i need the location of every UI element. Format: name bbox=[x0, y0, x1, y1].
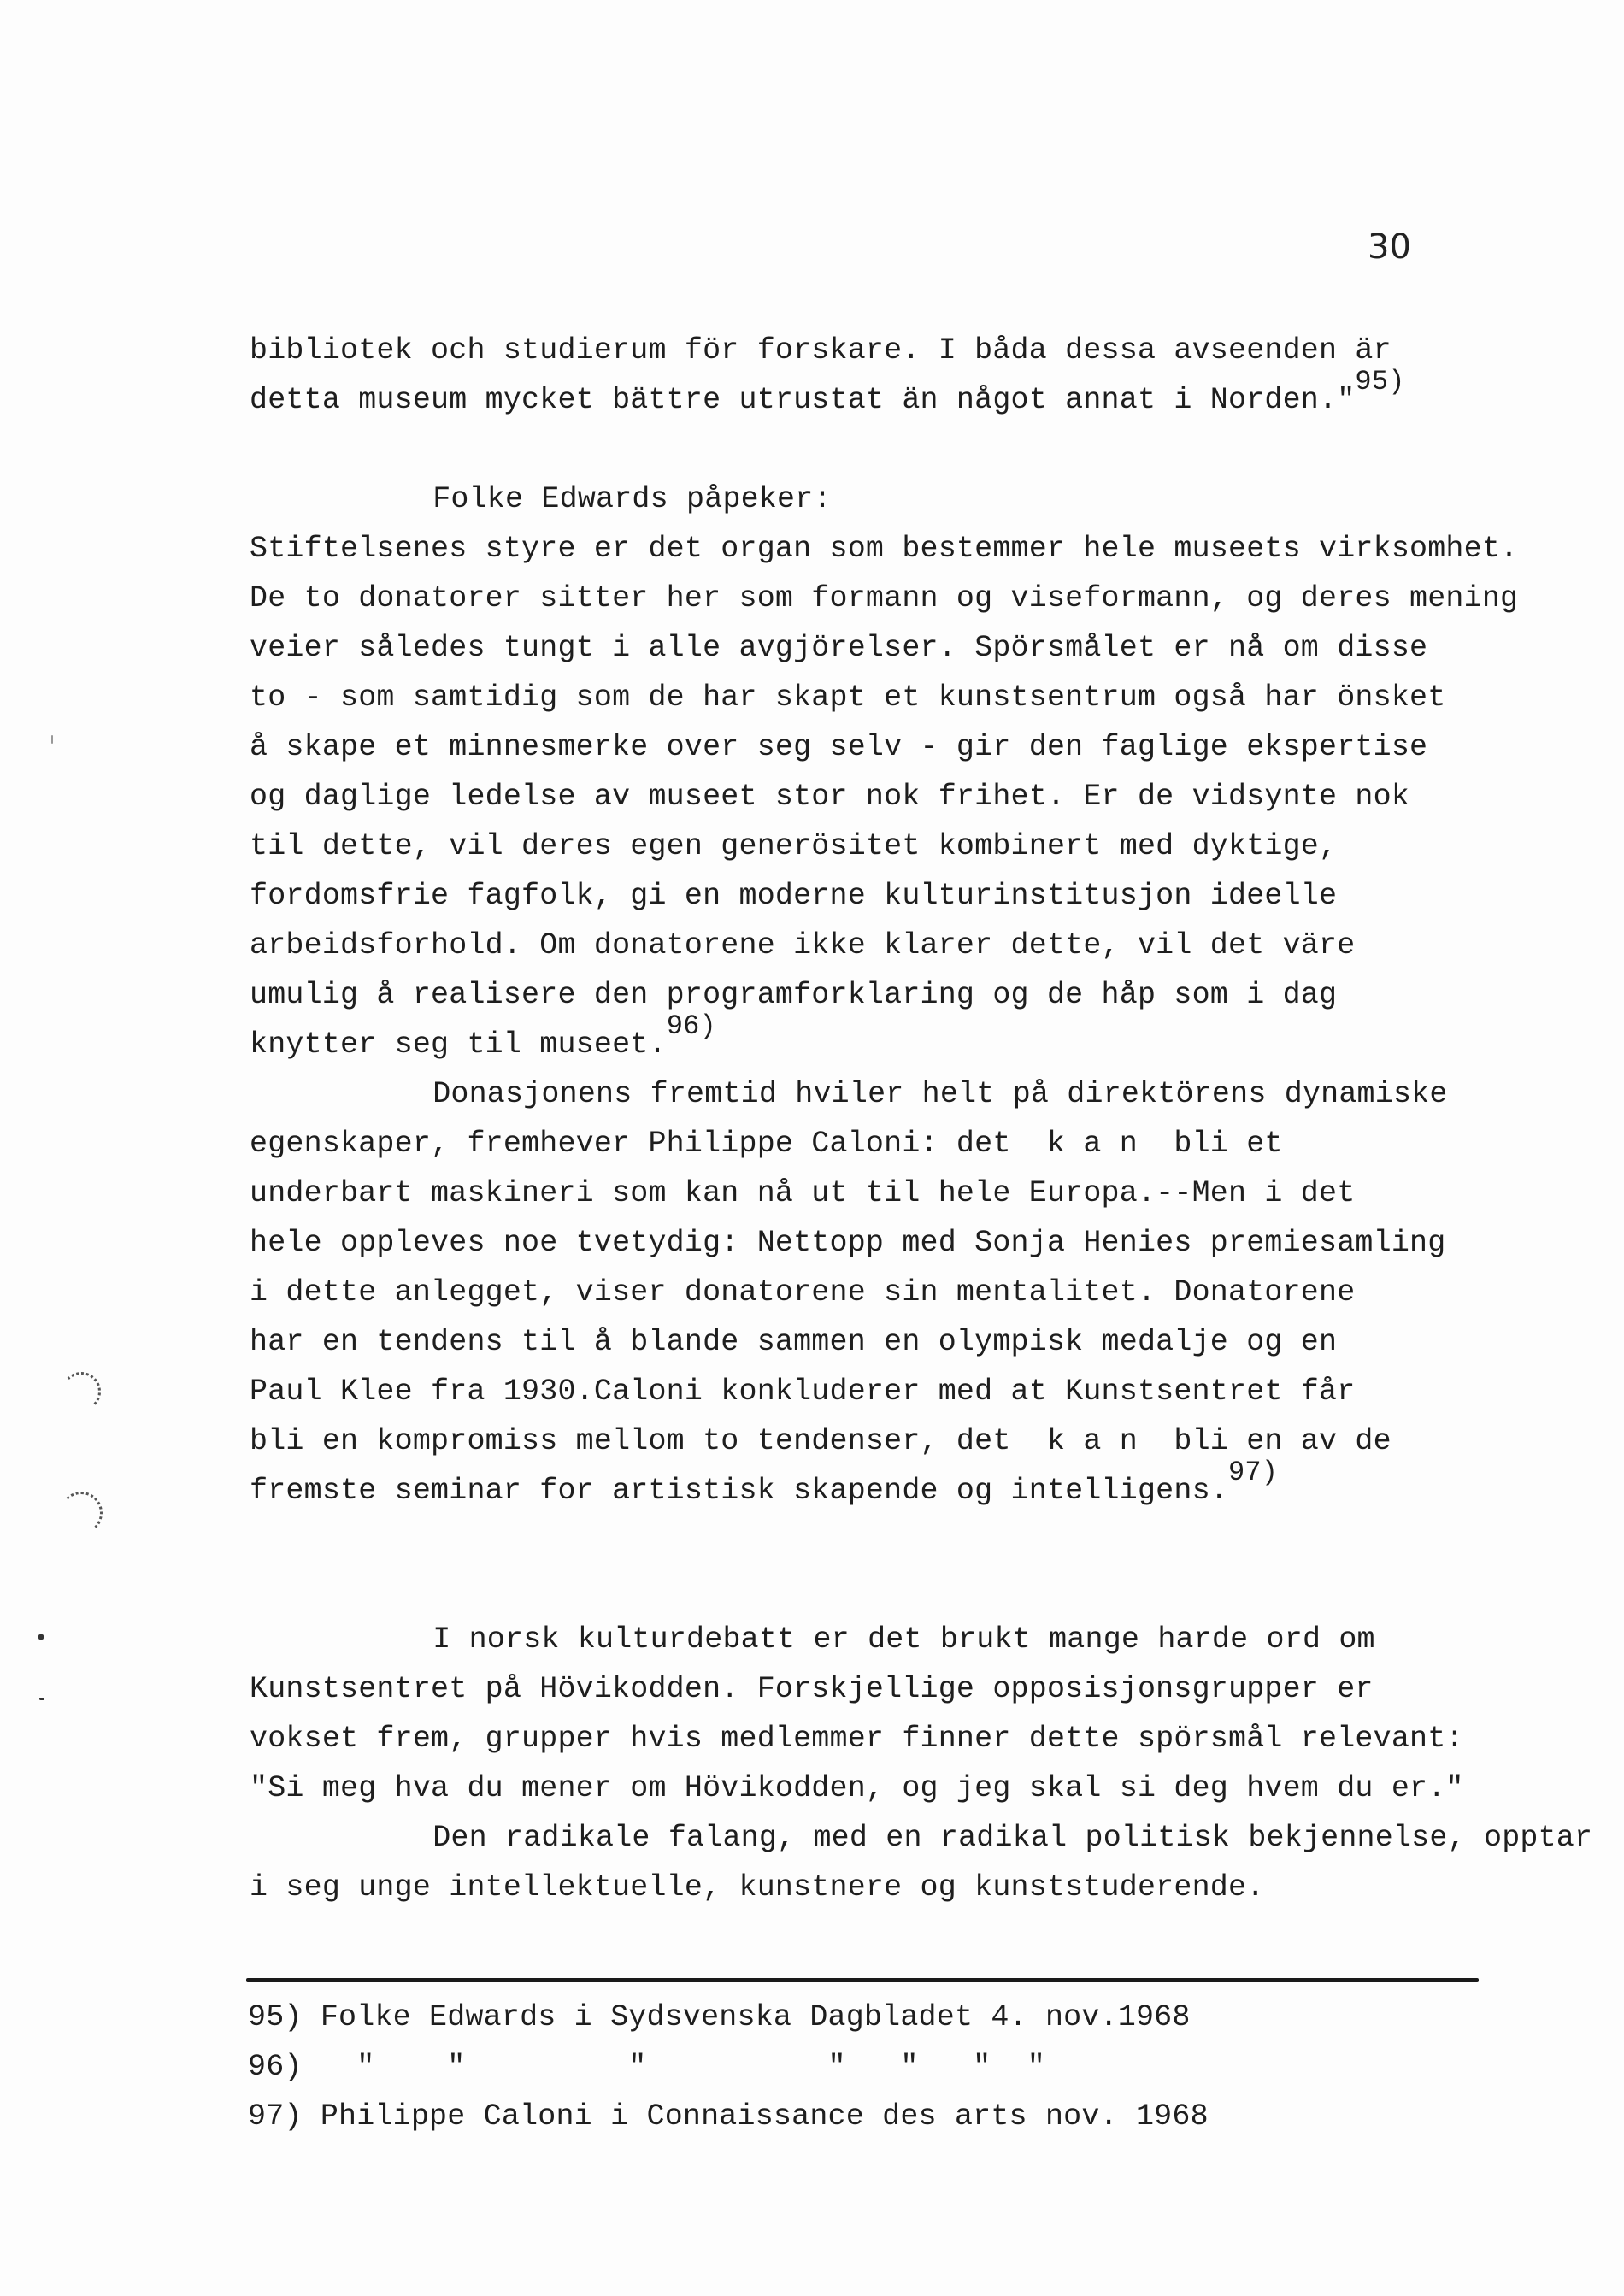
scan-speck bbox=[39, 1698, 44, 1700]
text-line: Folke Edwards påpeker: bbox=[432, 480, 831, 518]
text-line: arbeidsforhold. Om donatorene ikke klare… bbox=[250, 927, 1355, 964]
text-line: umulig å realisere den programforklaring… bbox=[250, 976, 1337, 1014]
text-line: vokset frem, grupper hvis medlemmer finn… bbox=[250, 1720, 1464, 1757]
text-line: til dette, vil deres egen generösitet ko… bbox=[250, 827, 1337, 865]
footnote-reference: 96) bbox=[667, 1010, 716, 1042]
footnote-text: Folke Edwards i Sydsvenska Dagbladet 4. … bbox=[321, 2000, 1191, 2034]
footnote-entry: 95) Folke Edwards i Sydsvenska Dagbladet… bbox=[248, 1999, 1191, 2036]
text-line: i dette anlegget, viser donatorene sin m… bbox=[250, 1274, 1355, 1311]
footnote-text: " " " " " " " bbox=[321, 2050, 1045, 2084]
page-number: 30 bbox=[1368, 227, 1411, 267]
text-line: to - som samtidig som de har skapt et ku… bbox=[250, 679, 1445, 716]
footnote-number: 96) bbox=[248, 2050, 321, 2084]
text-line: knytter seg til museet.96) bbox=[250, 1026, 716, 1063]
footnote-number: 97) bbox=[248, 2099, 321, 2134]
footnote-text: Philippe Caloni i Connaissance des arts … bbox=[321, 2099, 1209, 2134]
footnote-separator-rule bbox=[246, 1978, 1479, 1982]
scan-speck bbox=[51, 735, 53, 744]
text-line: I norsk kulturdebatt er det brukt mange … bbox=[432, 1621, 1375, 1658]
text-line: egenskaper, fremhever Philippe Caloni: d… bbox=[250, 1125, 1283, 1163]
text-line: "Si meg hva du mener om Hövikodden, og j… bbox=[250, 1769, 1464, 1807]
text-line: Den radikale falang, med en radikal poli… bbox=[432, 1819, 1592, 1857]
text-line: Kunstsentret på Hövikodden. Forskjellige… bbox=[250, 1670, 1374, 1708]
footnote-reference: 95) bbox=[1355, 366, 1404, 397]
text-line: har en tendens til å blande sammen en ol… bbox=[250, 1323, 1337, 1361]
punch-hole-mark bbox=[60, 1492, 103, 1534]
text-line: Paul Klee fra 1930.Caloni konkluderer me… bbox=[250, 1373, 1355, 1410]
text-line: bibliotek och studierum för forskare. I … bbox=[250, 332, 1392, 369]
footnote-entry: 97) Philippe Caloni i Connaissance des a… bbox=[248, 2098, 1209, 2135]
text-line: underbart maskineri som kan nå ut til he… bbox=[250, 1174, 1355, 1212]
footnote-reference: 97) bbox=[1228, 1457, 1278, 1488]
text-line: detta museum mycket bättre utrustat än n… bbox=[250, 381, 1405, 419]
scan-speck bbox=[38, 1634, 44, 1640]
document-page: 30 bibliotek och studierum för forskare.… bbox=[0, 0, 1624, 2296]
text-line: Donasjonens fremtid hviler helt på direk… bbox=[432, 1075, 1447, 1113]
text-line: å skape et minnesmerke over seg selv - g… bbox=[250, 728, 1427, 766]
text-line: i seg unge intellektuelle, kunstnere og … bbox=[250, 1869, 1264, 1906]
text-line: veier således tungt i alle avgjörelser. … bbox=[250, 629, 1427, 667]
footnote-entry: 96) " " " " " " " bbox=[248, 2048, 1045, 2086]
text-line: bli en kompromiss mellom to tendenser, d… bbox=[250, 1422, 1392, 1460]
text-line: fremste seminar for artistisk skapende o… bbox=[250, 1472, 1278, 1510]
text-line: Stiftelsenes styre er det organ som best… bbox=[250, 530, 1518, 568]
footnote-number: 95) bbox=[248, 2000, 321, 2034]
punch-hole-mark bbox=[62, 1372, 101, 1411]
text-line: fordomsfrie fagfolk, gi en moderne kultu… bbox=[250, 877, 1337, 915]
text-line: hele oppleves noe tvetydig: Nettopp med … bbox=[250, 1224, 1445, 1262]
text-line: De to donatorer sitter her som formann o… bbox=[250, 580, 1518, 617]
text-line: og daglige ledelse av museet stor nok fr… bbox=[250, 778, 1409, 815]
